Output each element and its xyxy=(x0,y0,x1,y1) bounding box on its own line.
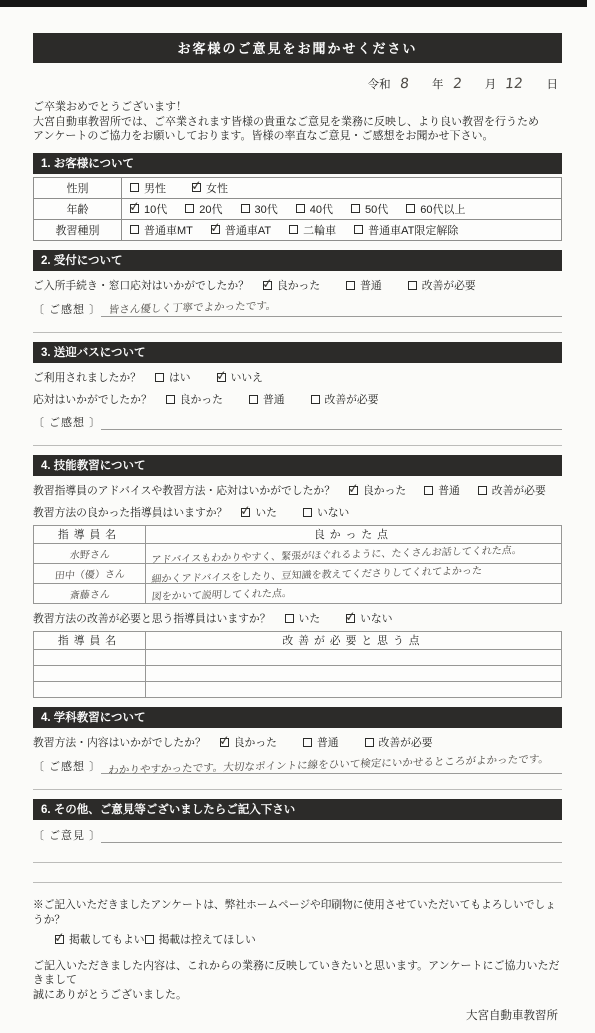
option-普通[interactable]: 普通 xyxy=(346,278,382,293)
permission-options-row: 掲載してもよい掲載は控えてほしい xyxy=(55,932,562,947)
option-label: 男性 xyxy=(144,180,166,196)
option-label: 改善が必要 xyxy=(422,278,476,293)
table-row-gender: 性別 男性女性 xyxy=(34,177,562,198)
option-label: 普通 xyxy=(317,735,339,750)
point-cell[interactable]: アドバイスもわかりやすく、緊張がほぐれるように、たくさんお話してくれた点。 xyxy=(146,543,562,563)
date-line: 令和 8 年 2 月 12 日 xyxy=(33,76,558,92)
good-table-col2-header: 良かった点 xyxy=(146,525,562,543)
skill-improve-table: 指導員名 改善が必要と思う点 xyxy=(33,631,562,698)
option-label: 普通 xyxy=(438,483,460,498)
checkbox-icon[interactable] xyxy=(346,281,355,290)
point-text: 図をかいて説明してくれた点。 xyxy=(151,584,293,603)
checkbox-icon[interactable] xyxy=(408,281,417,290)
option-改善が必要[interactable]: 改善が必要 xyxy=(408,278,476,293)
closing-line-2: 誠にありがとうございました。 xyxy=(33,988,562,1003)
checkbox-icon[interactable] xyxy=(296,204,305,213)
option-いない[interactable]: いない xyxy=(346,611,392,626)
section-other-header: 6. その他、ご意見等ございましたらご記入下さい xyxy=(33,799,562,820)
checkbox-icon[interactable] xyxy=(241,204,250,213)
option-改善が必要[interactable]: 改善が必要 xyxy=(478,483,546,498)
checkbox-icon[interactable] xyxy=(311,395,320,404)
option-60代以上[interactable]: 60代以上 xyxy=(406,201,465,217)
bus-comment-field[interactable] xyxy=(101,414,562,430)
option-label: 良かった xyxy=(277,278,320,293)
instructor-name-cell[interactable] xyxy=(34,665,146,681)
checkbox-icon[interactable] xyxy=(285,614,294,623)
checkbox-icon[interactable] xyxy=(166,395,175,404)
option-label: 普通車AT xyxy=(225,222,271,238)
instructor-name-cell[interactable] xyxy=(34,681,146,697)
improve-table-col2-header: 改善が必要と思う点 xyxy=(146,631,562,649)
date-month-value[interactable]: 2 xyxy=(452,76,462,92)
option-いない[interactable]: いない xyxy=(303,505,349,520)
academic-comment-label: 〔 ご感想 〕 xyxy=(33,758,101,774)
academic-question: 教習方法・内容はいかがでしたか？ xyxy=(33,735,206,750)
table-row-age: 年齢 10代20代30代40代50代60代以上 xyxy=(34,198,562,219)
school-name: 大宮自動車教習所 xyxy=(33,1007,558,1023)
checkbox-icon[interactable] xyxy=(424,486,433,495)
instructor-name-text: 田中（優）さん xyxy=(54,565,126,582)
section-bus-header: 3. 送迎バスについて xyxy=(33,342,562,363)
year-label: 年 xyxy=(432,79,444,91)
table-row xyxy=(34,649,562,665)
checkbox-icon[interactable] xyxy=(365,738,374,747)
option-掲載は控えてほしい[interactable]: 掲載は控えてほしい xyxy=(145,932,256,947)
checkbox-checked-icon[interactable] xyxy=(130,204,139,213)
permission-options: 掲載してもよい掲載は控えてほしい xyxy=(55,932,256,947)
good-table-body: 水野さんアドバイスもわかりやすく、緊張がほぐれるように、たくさんお話してくれた点… xyxy=(34,543,562,603)
checkbox-checked-icon[interactable] xyxy=(55,935,64,944)
intro-paragraph: ご卒業おめでとうございます！ 大宮自動車教習所では、ご卒業されます皆様の貴重なご… xyxy=(33,100,562,144)
checkbox-icon[interactable] xyxy=(303,738,312,747)
skill-question2-options: いたいない xyxy=(241,505,349,520)
checkbox-icon[interactable] xyxy=(130,225,139,234)
option-普通[interactable]: 普通 xyxy=(303,735,339,750)
age-label: 年齢 xyxy=(34,198,122,219)
checkbox-checked-icon[interactable] xyxy=(220,738,229,747)
bus-question1-options: はいいいえ xyxy=(155,370,263,385)
other-comment-label: 〔 ご意見 〕 xyxy=(33,827,101,843)
course-options: 普通車MT普通車AT二輪車普通車AT限定解除 xyxy=(130,222,458,238)
academic-comment-field[interactable]: わかりやすかったです。大切なポイントに線をひいて検定にいかせるところがよかったで… xyxy=(101,757,562,774)
option-label: 女性 xyxy=(206,180,228,196)
survey-sheet: お客様のご意見をお聞かせください 令和 8 年 2 月 12 日 ご卒業おめでと… xyxy=(0,33,595,1033)
bus-question2: 応対はいかがでしたか？ xyxy=(33,392,152,407)
skill-question2: 教習方法の良かった指導員はいますか？ xyxy=(33,505,227,520)
checkbox-checked-icon[interactable] xyxy=(263,281,272,290)
skill-question3-row: 教習方法の改善が必要と思う指導員はいますか？ いたいない xyxy=(33,611,562,626)
option-label: 30代 xyxy=(255,201,278,217)
section-reception-header: 2. 受付について xyxy=(33,250,562,271)
checkbox-checked-icon[interactable] xyxy=(349,486,358,495)
date-year-value[interactable]: 8 xyxy=(399,76,409,92)
skill-good-table: 指導員名 良かった点 水野さんアドバイスもわかりやすく、緊張がほぐれるように、た… xyxy=(33,525,562,604)
bus-question1-row: ご利用されましたか？ はいいいえ xyxy=(33,370,562,385)
skill-question1-row: 教習指導員のアドバイスや教習方法・応対はいかがでしたか？ 良かった普通改善が必要 xyxy=(33,483,562,498)
intro-line-1: ご卒業おめでとうございます！ xyxy=(33,100,562,115)
option-label: 良かった xyxy=(180,392,223,407)
section-skill-header: 4. 技能教習について xyxy=(33,455,562,476)
table-header-row: 指導員名 改善が必要と思う点 xyxy=(34,631,562,649)
option-50代[interactable]: 50代 xyxy=(351,201,388,217)
option-label: 良かった xyxy=(234,735,277,750)
option-label: 20代 xyxy=(199,201,222,217)
point-cell[interactable] xyxy=(146,649,562,665)
checkbox-icon[interactable] xyxy=(155,373,164,382)
option-普通車AT[interactable]: 普通車AT xyxy=(211,222,271,238)
checkbox-checked-icon[interactable] xyxy=(346,614,355,623)
section-academic-header: 4. 学科教習について xyxy=(33,707,562,728)
academic-comment-text: わかりやすかったです。大切なポイントに線をひいて検定にいかせるところがよかったで… xyxy=(108,751,550,777)
option-label: 良かった xyxy=(363,483,406,498)
reception-comment-label: 〔 ご感想 〕 xyxy=(33,301,101,317)
option-label: 改善が必要 xyxy=(325,392,379,407)
date-day-value[interactable]: 12 xyxy=(505,76,524,92)
course-label: 教習種別 xyxy=(34,219,122,240)
option-良かった[interactable]: 良かった xyxy=(263,278,320,293)
instructor-name-cell[interactable]: 斎藤さん xyxy=(34,583,146,603)
option-label: 40代 xyxy=(310,201,333,217)
reception-options: 良かった普通改善が必要 xyxy=(263,278,476,293)
option-10代[interactable]: 10代 xyxy=(130,201,167,217)
option-掲載してもよい[interactable]: 掲載してもよい xyxy=(55,932,145,947)
reception-blank-line[interactable] xyxy=(33,317,562,333)
option-いた[interactable]: いた xyxy=(285,611,321,626)
checkbox-checked-icon[interactable] xyxy=(217,373,226,382)
option-女性[interactable]: 女性 xyxy=(192,180,228,196)
closing-paragraph: ご記入いただきました内容は、これからの業務に反映していきたいと思います。アンケー… xyxy=(33,959,562,1003)
checkbox-checked-icon[interactable] xyxy=(241,508,250,517)
improve-table-body xyxy=(34,649,562,697)
checkbox-icon[interactable] xyxy=(145,935,154,944)
instructor-name-text: 斎藤さん xyxy=(69,585,111,601)
checkbox-icon[interactable] xyxy=(185,204,194,213)
table-row: 斎藤さん図をかいて説明してくれた点。 xyxy=(34,583,562,603)
point-cell[interactable] xyxy=(146,681,562,697)
checkbox-icon[interactable] xyxy=(130,183,139,192)
point-cell[interactable] xyxy=(146,665,562,681)
option-普通[interactable]: 普通 xyxy=(249,392,285,407)
reception-question: ご入所手続き・窓口応対はいかがでしたか？ xyxy=(33,278,249,293)
checkbox-icon[interactable] xyxy=(249,395,258,404)
option-label: 60代以上 xyxy=(420,201,465,217)
good-table-col1-header: 指導員名 xyxy=(34,525,146,543)
option-label: 改善が必要 xyxy=(379,735,433,750)
permission-question: ※ご記入いただきましたアンケートは、弊社ホームページや印刷物に使用させていただい… xyxy=(33,897,562,927)
bus-question1: ご利用されましたか？ xyxy=(33,370,141,385)
instructor-name-text: 水野さん xyxy=(69,545,111,561)
option-はい[interactable]: はい xyxy=(155,370,191,385)
intro-line-3: アンケートのご協力をお願いしております。皆様の率直なご意見・ご感想をお聞かせ下さ… xyxy=(33,129,562,144)
option-label: 掲載は控えてほしい xyxy=(159,932,256,947)
bus-question2-options: 良かった普通改善が必要 xyxy=(166,392,379,407)
option-普通[interactable]: 普通 xyxy=(424,483,460,498)
option-label: いない xyxy=(317,505,349,520)
option-良かった[interactable]: 良かった xyxy=(166,392,223,407)
other-blank-line-2[interactable] xyxy=(33,863,562,883)
option-いいえ[interactable]: いいえ xyxy=(217,370,263,385)
point-cell[interactable]: 細かくアドバイスをしたり、豆知識を教えてくださりしてくれてよかった xyxy=(146,563,562,583)
bus-blank-line[interactable] xyxy=(33,430,562,446)
option-いた[interactable]: いた xyxy=(241,505,277,520)
checkbox-icon[interactable] xyxy=(289,225,298,234)
option-label: 50代 xyxy=(365,201,388,217)
scan-top-strip xyxy=(0,0,587,7)
month-label: 月 xyxy=(485,79,497,91)
gender-label: 性別 xyxy=(34,177,122,198)
age-options: 10代20代30代40代50代60代以上 xyxy=(130,201,466,217)
option-label: いいえ xyxy=(231,370,263,385)
improve-table-col1-header: 指導員名 xyxy=(34,631,146,649)
checkbox-icon[interactable] xyxy=(406,204,415,213)
option-label: いた xyxy=(299,611,321,626)
skill-question2-row: 教習方法の良かった指導員はいますか？ いたいない xyxy=(33,505,562,520)
option-良かった[interactable]: 良かった xyxy=(349,483,406,498)
option-普通車MT[interactable]: 普通車MT xyxy=(130,222,193,238)
instructor-name-cell[interactable] xyxy=(34,649,146,665)
checkbox-icon[interactable] xyxy=(354,225,363,234)
reception-comment-text: 皆さん優しく丁寧でよかったです。 xyxy=(108,297,277,316)
option-label: いた xyxy=(255,505,277,520)
option-30代[interactable]: 30代 xyxy=(241,201,278,217)
customer-table: 性別 男性女性 年齢 10代20代30代40代50代60代以上 教習種別 普通車… xyxy=(33,177,562,241)
point-text: 細かくアドバイスをしたり、豆知識を教えてくださりしてくれてよかった xyxy=(151,561,483,585)
option-男性[interactable]: 男性 xyxy=(130,180,166,196)
intro-line-2: 大宮自動車教習所では、ご卒業されます皆様の貴重なご意見を業務に反映し、より良い教… xyxy=(33,115,562,130)
table-row xyxy=(34,665,562,681)
option-20代[interactable]: 20代 xyxy=(185,201,222,217)
option-label: 10代 xyxy=(144,201,167,217)
other-blank-line-1[interactable] xyxy=(33,843,562,863)
other-comment-row: 〔 ご意見 〕 xyxy=(33,827,562,843)
table-row-course: 教習種別 普通車MT普通車AT二輪車普通車AT限定解除 xyxy=(34,219,562,240)
checkbox-icon[interactable] xyxy=(478,486,487,495)
closing-line-1: ご記入いただきました内容は、これからの業務に反映していきたいと思います。アンケー… xyxy=(33,959,562,988)
table-row xyxy=(34,681,562,697)
table-row: 水野さんアドバイスもわかりやすく、緊張がほぐれるように、たくさんお話してくれた点… xyxy=(34,543,562,563)
option-良かった[interactable]: 良かった xyxy=(220,735,277,750)
option-普通車AT限定解除[interactable]: 普通車AT限定解除 xyxy=(354,222,458,238)
skill-question1-options: 良かった普通改善が必要 xyxy=(349,483,546,498)
bus-comment-row: 〔 ご感想 〕 xyxy=(33,414,562,430)
instructor-name-cell[interactable]: 水野さん xyxy=(34,543,146,563)
skill-question1: 教習指導員のアドバイスや教習方法・応対はいかがでしたか？ xyxy=(33,483,335,498)
option-label: 普通 xyxy=(263,392,285,407)
other-comment-field[interactable] xyxy=(101,827,562,843)
option-40代[interactable]: 40代 xyxy=(296,201,333,217)
option-label: 普通 xyxy=(360,278,382,293)
option-改善が必要[interactable]: 改善が必要 xyxy=(311,392,379,407)
reception-comment-row: 〔 ご感想 〕 皆さん優しく丁寧でよかったです。 xyxy=(33,300,562,317)
option-二輪車[interactable]: 二輪車 xyxy=(289,222,336,238)
academic-comment-row: 〔 ご感想 〕 わかりやすかったです。大切なポイントに線をひいて検定にいかせると… xyxy=(33,757,562,774)
checkbox-checked-icon[interactable] xyxy=(211,225,220,234)
academic-question-row: 教習方法・内容はいかがでしたか？ 良かった普通改善が必要 xyxy=(33,735,562,750)
option-label: 二輪車 xyxy=(303,222,336,238)
academic-options: 良かった普通改善が必要 xyxy=(220,735,433,750)
section-customer-header: 1. お客様について xyxy=(33,153,562,174)
instructor-name-cell[interactable]: 田中（優）さん xyxy=(34,563,146,583)
checkbox-checked-icon[interactable] xyxy=(192,183,201,192)
table-header-row: 指導員名 良かった点 xyxy=(34,525,562,543)
option-label: 普通車AT限定解除 xyxy=(368,222,458,238)
option-label: 掲載してもよい xyxy=(69,932,145,947)
skill-question3: 教習方法の改善が必要と思う指導員はいますか？ xyxy=(33,611,271,626)
reception-question-row: ご入所手続き・窓口応対はいかがでしたか？ 良かった普通改善が必要 xyxy=(33,278,562,293)
checkbox-icon[interactable] xyxy=(351,204,360,213)
day-label: 日 xyxy=(547,79,559,91)
table-row: 田中（優）さん細かくアドバイスをしたり、豆知識を教えてくださりしてくれてよかった xyxy=(34,563,562,583)
option-label: はい xyxy=(169,370,191,385)
bus-comment-label: 〔 ご感想 〕 xyxy=(33,414,101,430)
page-title: お客様のご意見をお聞かせください xyxy=(33,33,562,63)
option-label: いない xyxy=(360,611,392,626)
option-改善が必要[interactable]: 改善が必要 xyxy=(365,735,433,750)
checkbox-icon[interactable] xyxy=(303,508,312,517)
era-label: 令和 xyxy=(368,79,391,91)
gender-options: 男性女性 xyxy=(130,180,228,196)
option-label: 改善が必要 xyxy=(492,483,546,498)
reception-comment-field[interactable]: 皆さん優しく丁寧でよかったです。 xyxy=(101,300,562,317)
bus-question2-row: 応対はいかがでしたか？ 良かった普通改善が必要 xyxy=(33,392,562,407)
option-label: 普通車MT xyxy=(144,222,193,238)
skill-question3-options: いたいない xyxy=(285,611,393,626)
point-cell[interactable]: 図をかいて説明してくれた点。 xyxy=(146,583,562,603)
